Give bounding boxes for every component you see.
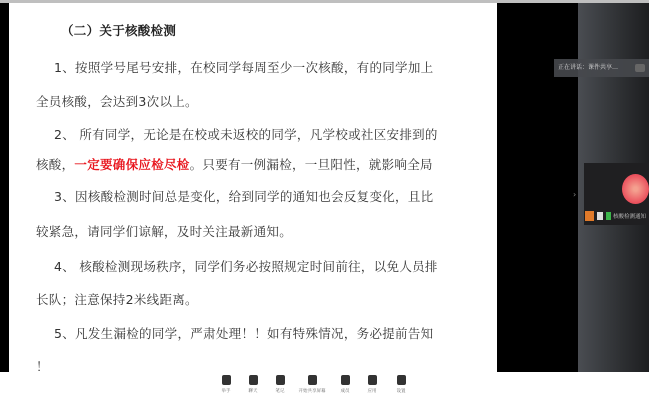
toolbar-label: 笔记 [265, 388, 295, 394]
meeting-toolbar: 举手 聊天 笔记 开始共享屏幕 成员 应用 设置 [0, 372, 649, 400]
meeting-screen: （二）关于核酸检测 1、按照学号尾号安排，在校同学每周至少一次核酸，有的同学加上… [0, 0, 649, 372]
participants-icon [341, 375, 350, 385]
share-screen-icon [308, 375, 317, 385]
toolbar-share-button[interactable]: 开始共享屏幕 [297, 375, 327, 394]
note-icon [276, 375, 285, 385]
toolbar-label: 聊天 [238, 388, 268, 394]
speaker-tag: 正在讲话：课件共享… [554, 59, 649, 77]
toolbar-label: 应用 [357, 388, 387, 394]
toolbar-hand-button[interactable]: 举手 [211, 375, 241, 394]
doc-line: 2、 所有同学，无论是在校或未返校的同学，凡学校或社区安排到的 [54, 125, 438, 143]
doc-line: 1、按照学号尾号安排，在校同学每周至少一次核酸，有的同学加上 [54, 58, 433, 76]
participant-status-bar: 核酸检测通知 [584, 211, 649, 222]
mic-icon [597, 212, 603, 220]
more-icon[interactable] [635, 64, 645, 72]
doc-line: 较紧急，请同学们谅解，及时关注最新通知。 [36, 222, 292, 240]
shared-document: （二）关于核酸检测 1、按照学号尾号安排，在校同学每周至少一次核酸，有的同学加上… [9, 3, 497, 372]
highlighted-text: 一定要确保应检尽检 [74, 157, 189, 172]
host-icon [585, 211, 594, 221]
toolbar-label: 举手 [211, 388, 241, 394]
doc-text: 核酸， [36, 157, 74, 172]
toolbar-chat-button[interactable]: 聊天 [238, 375, 268, 394]
toolbar-label: 成员 [330, 388, 360, 394]
doc-heading: （二）关于核酸检测 [61, 21, 176, 39]
doc-line: 核酸，一定要确保应检尽检。只要有一例漏检，一旦阳性，就影响全局 [36, 155, 433, 173]
toolbar-label: 开始共享屏幕 [297, 388, 327, 394]
apps-icon [368, 375, 377, 385]
settings-icon [397, 375, 406, 385]
signal-icon [606, 212, 611, 220]
toolbar-note-button[interactable]: 笔记 [265, 375, 295, 394]
toolbar-settings-button[interactable]: 设置 [386, 375, 416, 394]
doc-text: 。只要有一例漏检，一旦阳性，就影响全局 [190, 157, 433, 172]
participant-name: 核酸检测通知 [613, 212, 646, 220]
chat-icon [249, 375, 258, 385]
speaker-name: 正在讲话：课件共享… [558, 62, 618, 71]
toolbar-participants-button[interactable]: 成员 [330, 375, 360, 394]
doc-line: 3、因核酸检测时间总是变化，给到同学的通知也会反复变化，且比 [54, 187, 433, 205]
expand-panel-icon[interactable]: › [573, 190, 576, 199]
avatar [622, 174, 649, 204]
toolbar-label: 设置 [386, 388, 416, 394]
toolbar-apps-button[interactable]: 应用 [357, 375, 387, 394]
doc-line: 全员核酸，会达到3次以上。 [36, 92, 198, 110]
doc-line: ！ [36, 357, 49, 372]
doc-line: 4、 核酸检测现场秩序，同学们务必按照规定时间前往，以免人员排 [54, 257, 438, 275]
hand-icon [222, 375, 231, 385]
doc-line: 长队；注意保持2米线距离。 [36, 290, 198, 308]
doc-line: 5、凡发生漏检的同学，严肃处理！！如有特殊情况，务必提前告知 [54, 324, 433, 342]
